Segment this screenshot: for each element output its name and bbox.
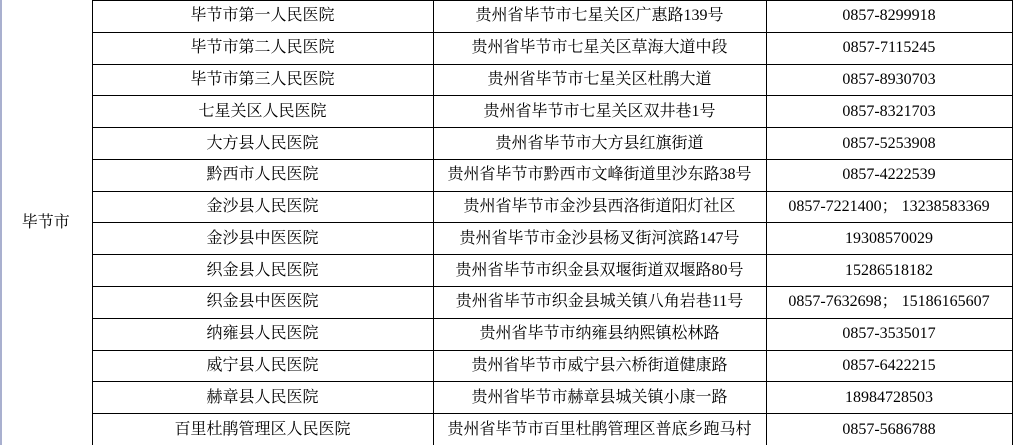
table-row: 毕节市毕节市第一人民医院贵州省毕节市七星关区广惠路139号0857-829991… xyxy=(0,1,1012,33)
hospital-phone-cell: 0857-5686788 xyxy=(766,414,1012,445)
table-row: 金沙县中医医院贵州省毕节市金沙县杨叉街河滨路147号19308570029 xyxy=(0,223,1012,255)
hospital-address-cell: 贵州省毕节市七星关区杜鹃大道 xyxy=(433,64,766,96)
hospital-name-cell: 七星关区人民医院 xyxy=(92,96,433,128)
hospital-address-cell: 贵州省毕节市金沙县西洛街道阳灯社区 xyxy=(433,191,766,223)
hospital-address-cell: 贵州省毕节市织金县双堰街道双堰路80号 xyxy=(433,255,766,287)
hospital-phone-cell: 0857-3535017 xyxy=(766,318,1012,350)
hospital-name-cell: 金沙县中医医院 xyxy=(92,223,433,255)
table-row: 毕节市第三人民医院贵州省毕节市七星关区杜鹃大道0857-8930703 xyxy=(0,64,1012,96)
table-row: 毕节市第二人民医院贵州省毕节市七星关区草海大道中段0857-7115245 xyxy=(0,32,1012,64)
hospital-phone-cell: 0857-8321703 xyxy=(766,96,1012,128)
hospital-address-cell: 贵州省毕节市七星关区双井巷1号 xyxy=(433,96,766,128)
hospital-name-cell: 毕节市第二人民医院 xyxy=(92,32,433,64)
hospital-address-cell: 贵州省毕节市织金县城关镇八角岩巷11号 xyxy=(433,287,766,319)
hospital-name-cell: 威宁县人民医院 xyxy=(92,350,433,382)
hospital-phone-cell: 0857-7221400； 13238583369 xyxy=(766,191,1012,223)
table-row: 金沙县人民医院贵州省毕节市金沙县西洛街道阳灯社区0857-7221400； 13… xyxy=(0,191,1012,223)
hospital-name-cell: 织金县中医医院 xyxy=(92,287,433,319)
hospital-name-cell: 毕节市第三人民医院 xyxy=(92,64,433,96)
region-cell: 毕节市 xyxy=(0,1,92,445)
table-row: 赫章县人民医院贵州省毕节市赫章县城关镇小康一路18984728503 xyxy=(0,382,1012,414)
hospital-name-cell: 赫章县人民医院 xyxy=(92,382,433,414)
hospital-name-cell: 大方县人民医院 xyxy=(92,128,433,160)
window-edge-stripe xyxy=(0,0,2,445)
table-row: 百里杜鹃管理区人民医院贵州省毕节市百里杜鹃管理区普底乡跑马村0857-56867… xyxy=(0,414,1012,445)
hospital-phone-cell: 0857-7115245 xyxy=(766,32,1012,64)
table-row: 纳雍县人民医院贵州省毕节市纳雍县纳熙镇松林路0857-3535017 xyxy=(0,318,1012,350)
hospital-name-cell: 织金县人民医院 xyxy=(92,255,433,287)
hospital-name-cell: 黔西市人民医院 xyxy=(92,159,433,191)
table-row: 大方县人民医院贵州省毕节市大方县红旗街道0857-5253908 xyxy=(0,128,1012,160)
hospital-phone-cell: 0857-4222539 xyxy=(766,159,1012,191)
hospital-address-cell: 贵州省毕节市纳雍县纳熙镇松林路 xyxy=(433,318,766,350)
hospital-phone-cell: 19308570029 xyxy=(766,223,1012,255)
hospital-name-cell: 纳雍县人民医院 xyxy=(92,318,433,350)
hospital-phone-cell: 0857-7632698； 15186165607 xyxy=(766,287,1012,319)
hospital-name-cell: 百里杜鹃管理区人民医院 xyxy=(92,414,433,445)
hospital-address-cell: 贵州省毕节市威宁县六桥街道健康路 xyxy=(433,350,766,382)
hospital-table: 毕节市毕节市第一人民医院贵州省毕节市七星关区广惠路139号0857-829991… xyxy=(0,0,1013,445)
table-row: 织金县人民医院贵州省毕节市织金县双堰街道双堰路80号15286518182 xyxy=(0,255,1012,287)
hospital-address-cell: 贵州省毕节市黔西市文峰街道里沙东路38号 xyxy=(433,159,766,191)
table-row: 七星关区人民医院贵州省毕节市七星关区双井巷1号0857-8321703 xyxy=(0,96,1012,128)
hospital-phone-cell: 0857-5253908 xyxy=(766,128,1012,160)
table-row: 织金县中医医院贵州省毕节市织金县城关镇八角岩巷11号0857-7632698； … xyxy=(0,287,1012,319)
hospital-name-cell: 毕节市第一人民医院 xyxy=(92,1,433,33)
hospital-address-cell: 贵州省毕节市大方县红旗街道 xyxy=(433,128,766,160)
table-row: 黔西市人民医院贵州省毕节市黔西市文峰街道里沙东路38号0857-4222539 xyxy=(0,159,1012,191)
hospital-phone-cell: 0857-8930703 xyxy=(766,64,1012,96)
hospital-address-cell: 贵州省毕节市百里杜鹃管理区普底乡跑马村 xyxy=(433,414,766,445)
hospital-phone-cell: 18984728503 xyxy=(766,382,1012,414)
hospital-address-cell: 贵州省毕节市七星关区广惠路139号 xyxy=(433,1,766,33)
hospital-address-cell: 贵州省毕节市金沙县杨叉街河滨路147号 xyxy=(433,223,766,255)
hospital-name-cell: 金沙县人民医院 xyxy=(92,191,433,223)
table-row: 威宁县人民医院贵州省毕节市威宁县六桥街道健康路0857-6422215 xyxy=(0,350,1012,382)
hospital-phone-cell: 0857-8299918 xyxy=(766,1,1012,33)
hospital-address-cell: 贵州省毕节市赫章县城关镇小康一路 xyxy=(433,382,766,414)
hospital-address-cell: 贵州省毕节市七星关区草海大道中段 xyxy=(433,32,766,64)
hospital-table-body: 毕节市毕节市第一人民医院贵州省毕节市七星关区广惠路139号0857-829991… xyxy=(0,1,1012,445)
hospital-phone-cell: 15286518182 xyxy=(766,255,1012,287)
hospital-phone-cell: 0857-6422215 xyxy=(766,350,1012,382)
